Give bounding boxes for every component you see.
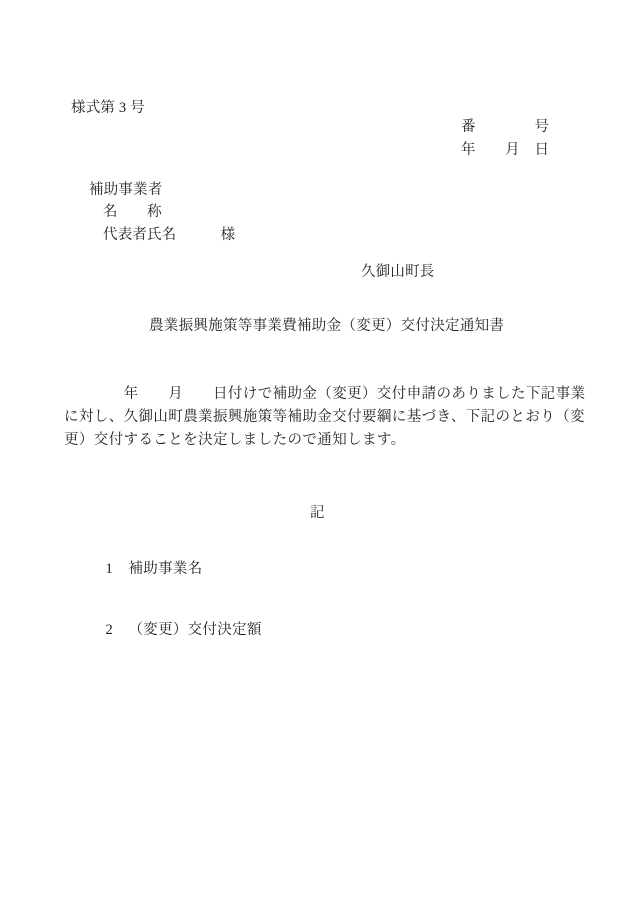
item-label: （変更）交付決定額 — [129, 622, 262, 638]
body-line: に対し、久御山町農業振興施策等補助金交付要綱に基づき、下記のとおり（変 — [64, 406, 586, 429]
list-item-2: 2（変更）交付決定額 — [91, 606, 262, 654]
list-item-1: 1補助事業名 — [91, 545, 203, 593]
document-title: 農業振興施策等事業費補助金（変更）交付決定通知書 — [149, 318, 504, 334]
doc-number-line: 番 号 — [461, 119, 549, 135]
item-number: 1 — [106, 561, 120, 577]
body-line: 更）交付することを決定しましたので通知します。 — [64, 429, 586, 452]
form-number: 様式第 3 号 — [71, 100, 145, 116]
body-line: 年 月 日付けで補助金（変更）交付申請のありました下記事業 — [64, 383, 586, 406]
item-number: 2 — [106, 622, 120, 638]
doc-date-line: 年 月 日 — [461, 142, 549, 158]
record-mark: 記 — [310, 505, 325, 521]
recipient-name-label: 名 称 — [103, 204, 162, 220]
recipient-group-label: 補助事業者 — [89, 182, 163, 198]
body-paragraph: 年 月 日付けで補助金（変更）交付申請のありました下記事業 に対し、久御山町農業… — [64, 383, 586, 452]
recipient-representative-label: 代表者氏名 様 — [103, 227, 235, 243]
sender-name: 久御山町長 — [361, 264, 435, 280]
document-page: 様式第 3 号 番 号 年 月 日 補助事業者 名 称 代表者氏名 様 久御山町… — [0, 0, 630, 915]
item-label: 補助事業名 — [129, 561, 203, 577]
